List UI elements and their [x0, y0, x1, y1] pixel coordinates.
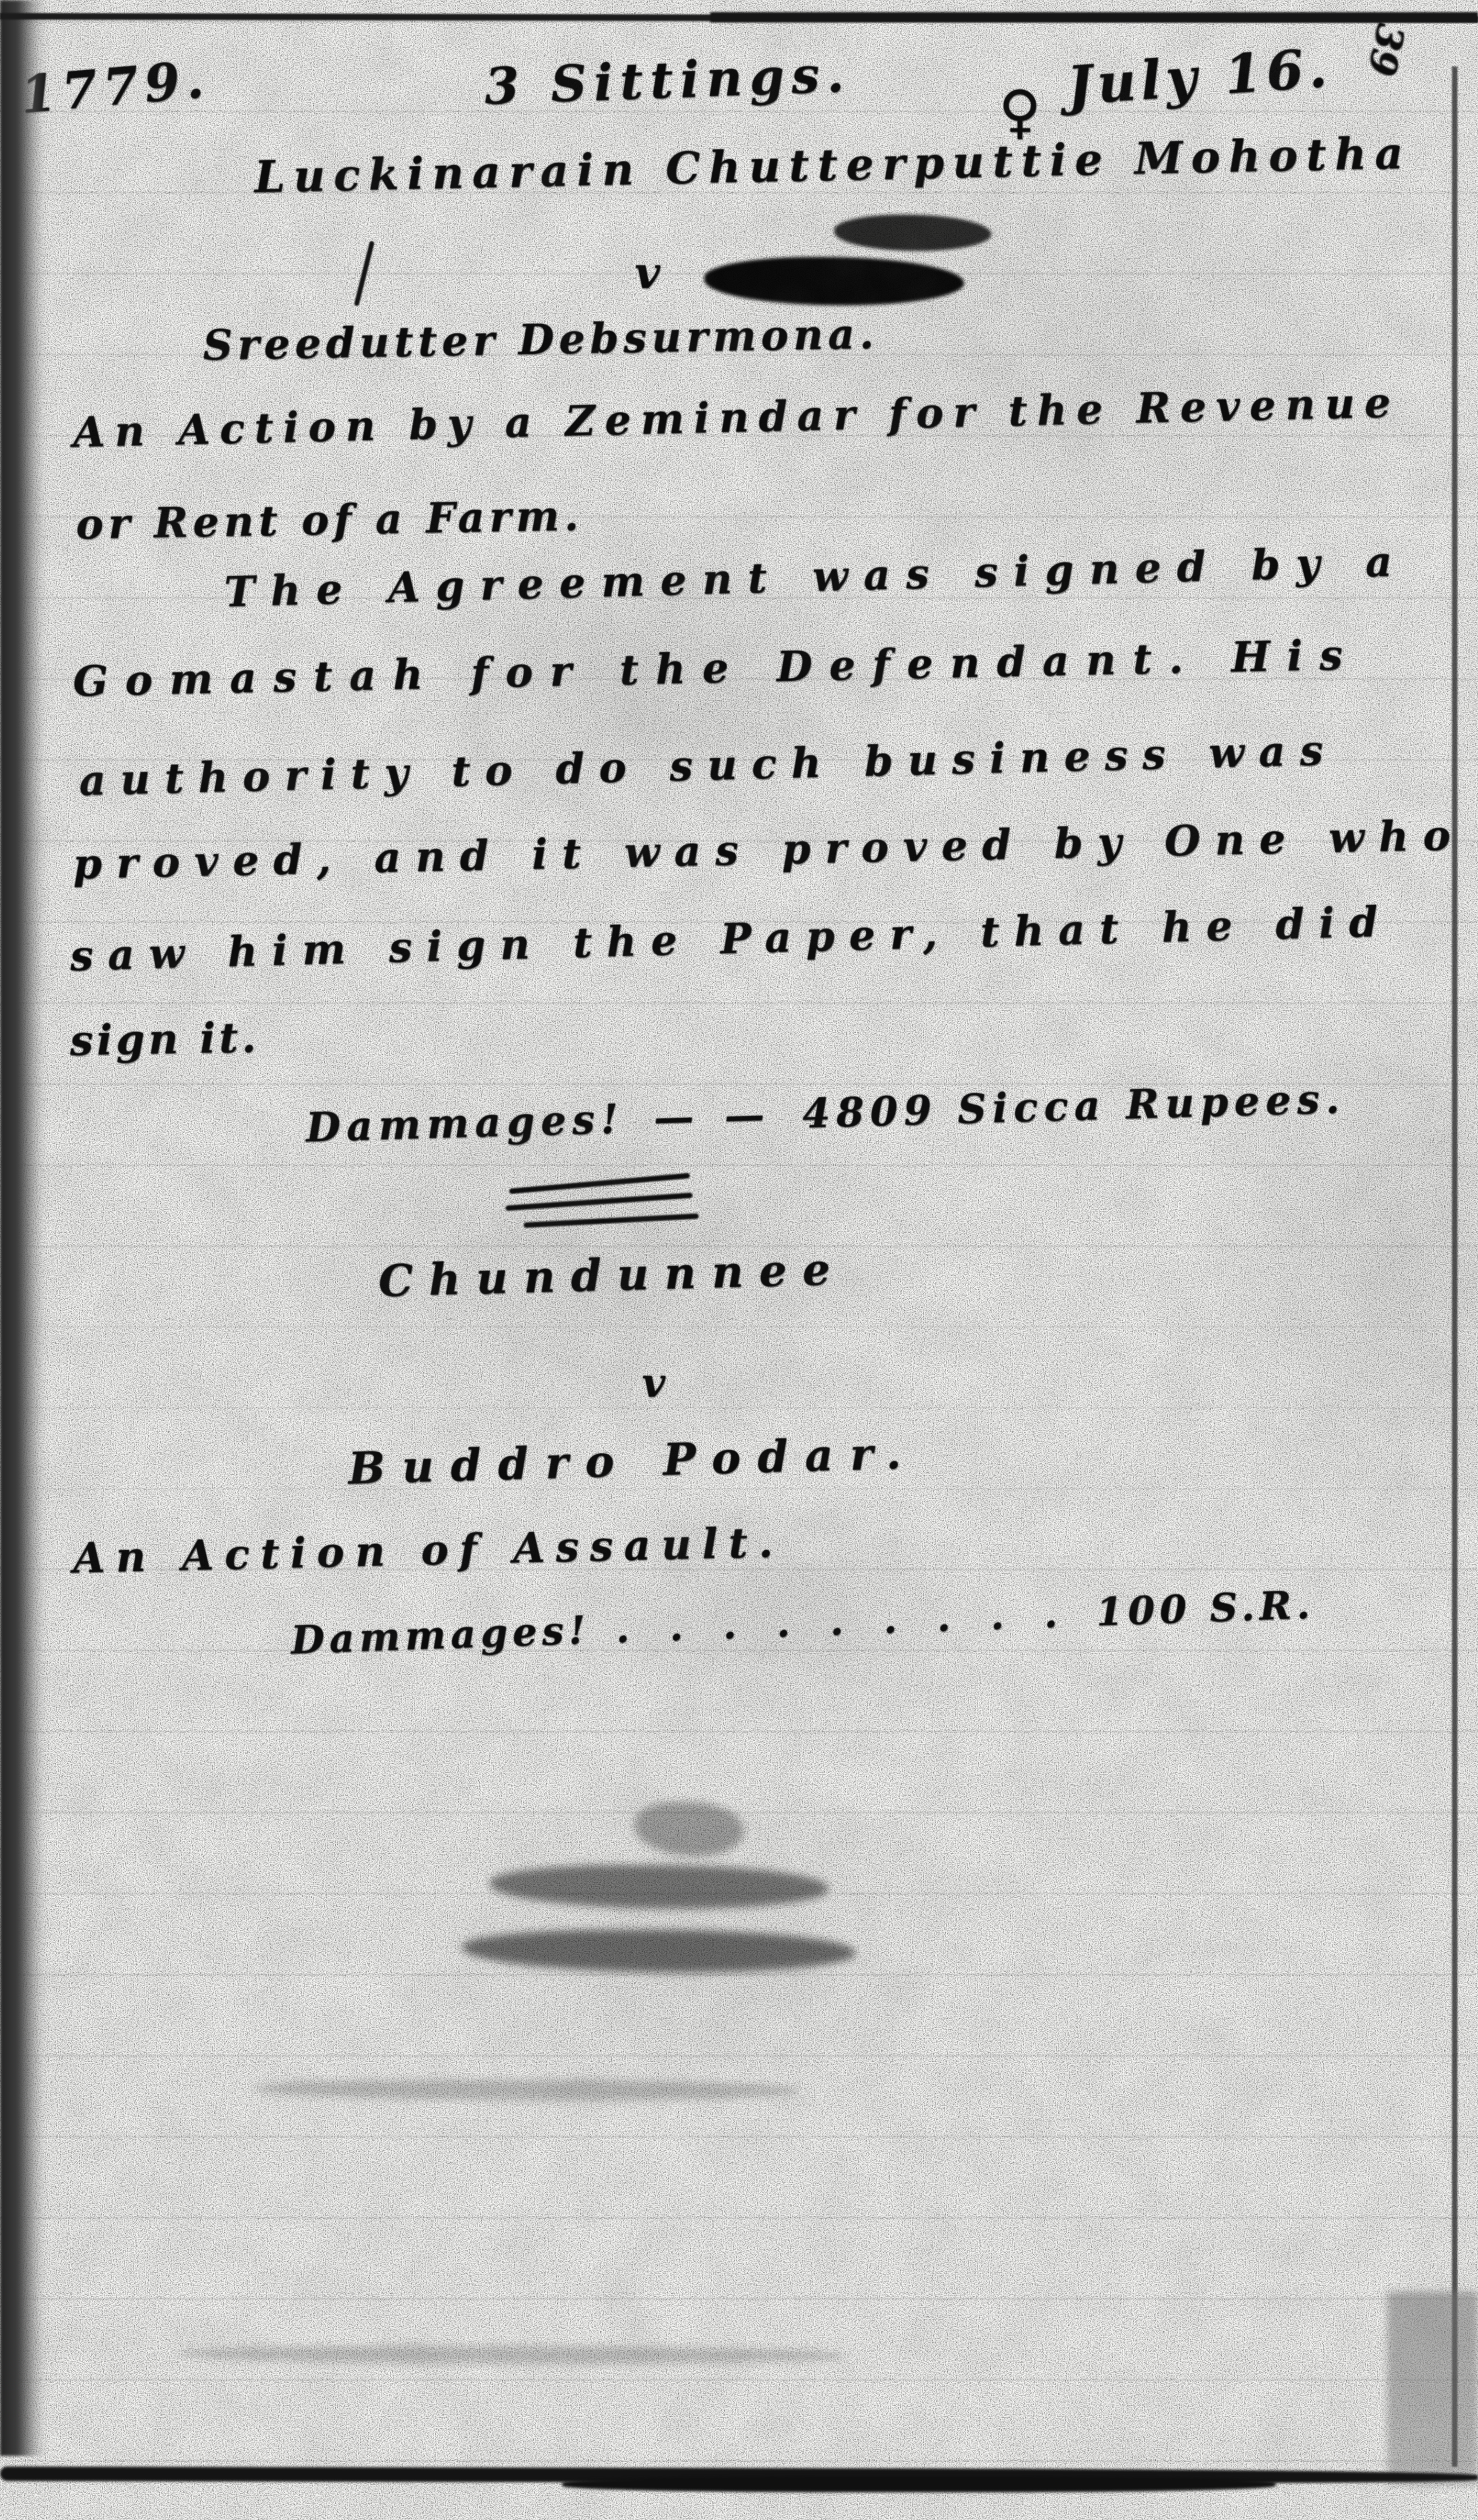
case1-damages-label: Dammages! [305, 1095, 625, 1151]
case1-versus: v [635, 247, 660, 298]
case2-damages-value: 100 S.R. [1095, 1582, 1315, 1635]
case1-cause-line2: or Rent of a Farm. [76, 492, 584, 549]
case2-versus: v [642, 1359, 665, 1406]
case1-damages-dashes: — — [653, 1091, 773, 1141]
manuscript-page: 1779. 3 Sittings. ♀ July 16. 39 Luckinar… [0, 0, 1478, 2520]
case1-body-line6: sign it. [70, 1014, 260, 1065]
